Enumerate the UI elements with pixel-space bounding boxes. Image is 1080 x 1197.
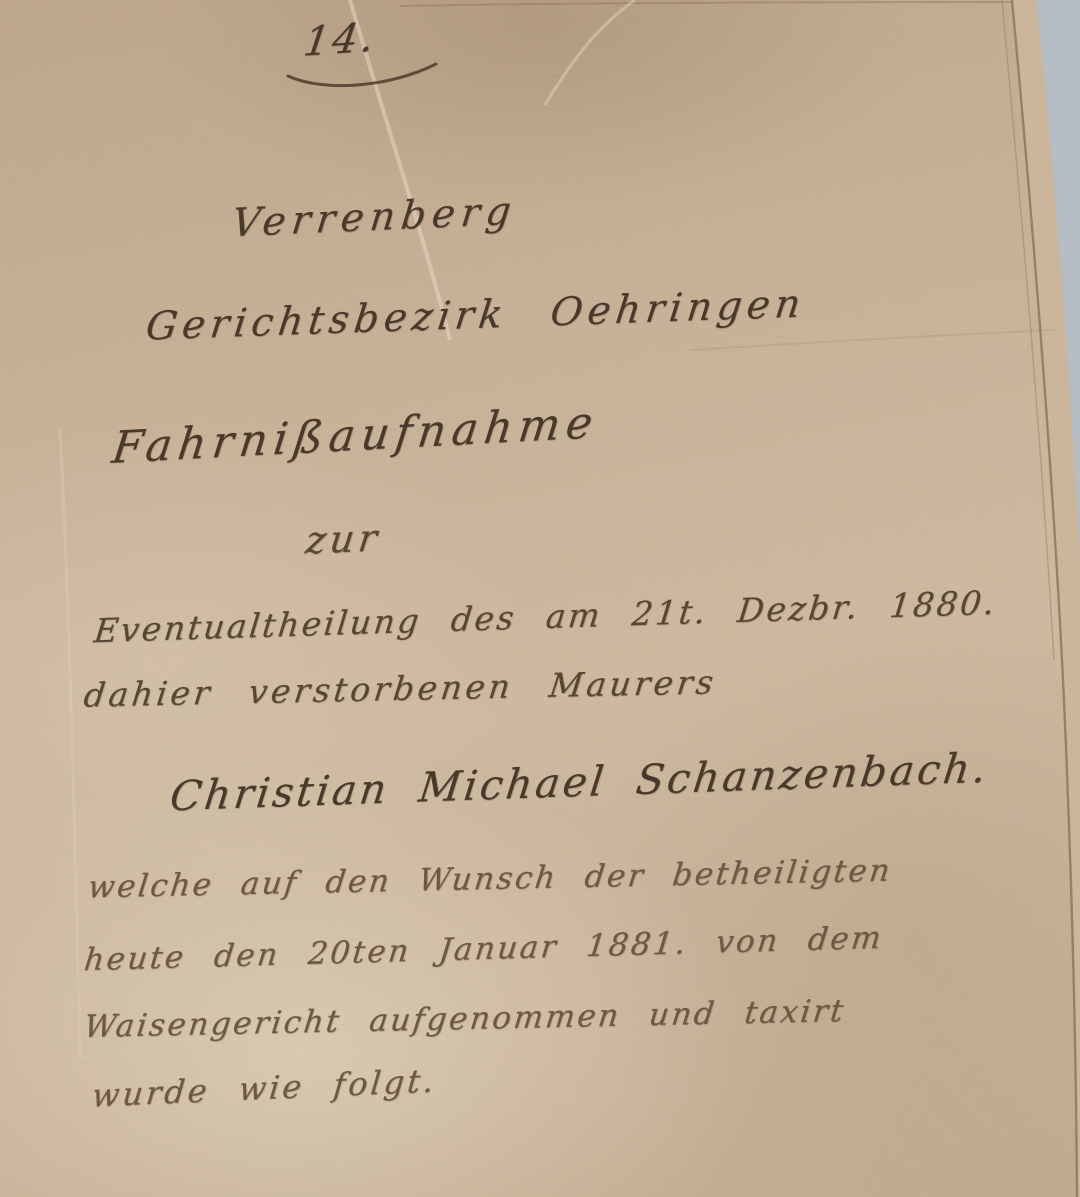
page-number: 14.: [301, 17, 379, 63]
manuscript-photo: 14. Verrenberg Gerichtsbezirk Oehringen …: [0, 0, 1080, 1197]
crease-left: [60, 430, 80, 1060]
fold-shadow: [690, 330, 1055, 350]
paper-top-edge: [400, 2, 1012, 6]
crease-diagonal: [545, 0, 635, 105]
line-zur: zur: [304, 519, 383, 560]
page-number-block: 14.: [268, 14, 488, 104]
line-place-verrenberg: Verrenberg: [230, 192, 519, 244]
